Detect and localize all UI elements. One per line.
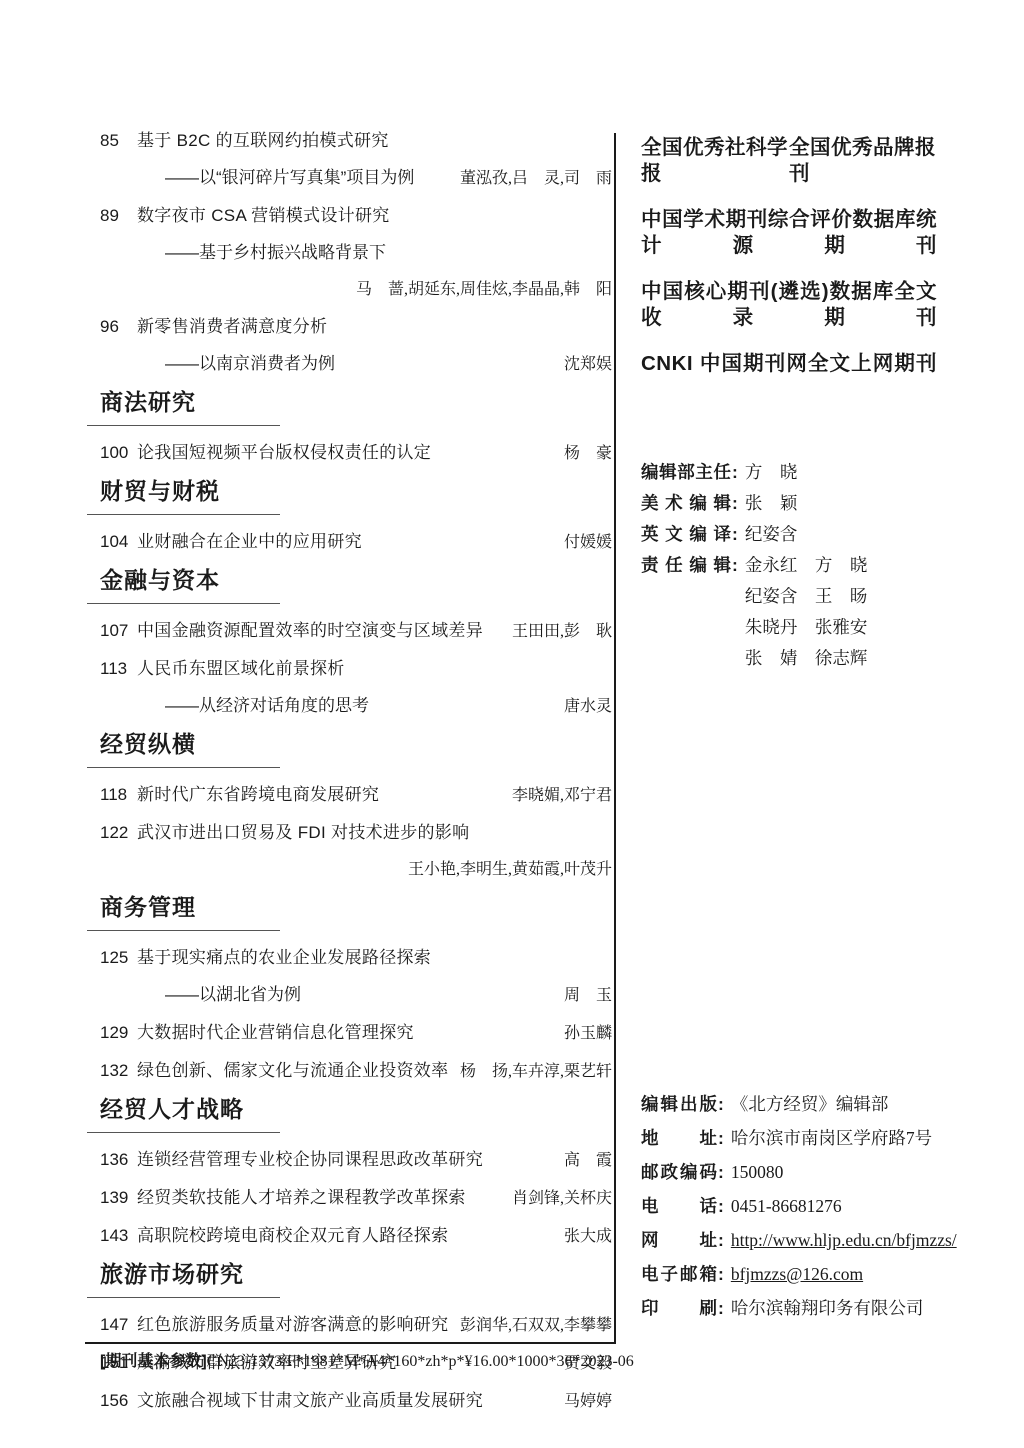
section-heading: 商务管理 [87, 894, 280, 931]
toc-authors: 董泓孜,吕 灵,司 雨 [460, 166, 612, 192]
publication-label: 地址 [641, 1121, 717, 1155]
staff-name: 纪姿含 王 旸 [745, 581, 868, 612]
toc-authors: 周 玉 [564, 983, 612, 1009]
staff-row: 编辑部主任:方 晓 [641, 457, 937, 488]
publication-row: 邮政编码:150080 [641, 1155, 971, 1189]
toc-entry-row: 89数字夜市 CSA 营销模式设计研究 [100, 203, 612, 229]
publication-row: 电话:0451-86681276 [641, 1189, 971, 1223]
publication-info-block: 编辑出版:《北方经贸》编辑部地址:哈尔滨市南岗区学府路7号邮政编码:150080… [641, 1087, 971, 1325]
staff-row: 美术编辑:张 颖 [641, 488, 937, 519]
publication-value: 《北方经贸》编辑部 [731, 1087, 889, 1121]
toc-entry-row: 113人民币东盟区域化前景探析 [100, 656, 612, 682]
toc-authors: 马婷婷 [564, 1389, 612, 1415]
toc-page-number: 107 [100, 618, 137, 644]
toc-subtitle-row: ——以湖北省为例周 玉 [100, 982, 612, 1009]
staff-role-label: 编辑部主任 [641, 457, 731, 488]
publication-value: 哈尔滨翰翔印务有限公司 [731, 1291, 924, 1325]
toc-page-number: 139 [100, 1185, 137, 1211]
toc-article-title: 连锁经营管理专业校企协同课程思政改革研究 [137, 1147, 554, 1173]
toc-authors-line: 王小艳,李明生,黄茹霞,叶茂升 [100, 857, 612, 883]
toc-authors: 杨 扬,车卉淳,栗艺轩 [460, 1059, 612, 1085]
publication-row: 印刷:哈尔滨翰翔印务有限公司 [641, 1291, 971, 1325]
toc-authors: 唐水灵 [564, 694, 612, 720]
toc-page-number: 122 [100, 820, 137, 846]
toc-entry-row: 143高职院校跨境电商校企双元育人路径探索张大成 [100, 1223, 612, 1250]
toc-subtitle-row: ——以南京消费者为例沈郑娱 [100, 351, 612, 378]
journal-params-label: [期刊基本参数] [100, 1353, 207, 1370]
section-heading: 旅游市场研究 [87, 1261, 280, 1298]
publication-colon: : [717, 1291, 731, 1325]
publication-colon: : [717, 1257, 731, 1291]
honor-row: 中国核心期刊(遴选)数据库全文收录期刊 [641, 279, 937, 331]
column-divider [614, 133, 616, 1342]
honor-row: CNKI 中国期刊网全文上网期刊 [641, 351, 937, 377]
toc-page-number: 136 [100, 1147, 137, 1173]
staff-name: 纪姿含 [745, 519, 798, 550]
staff-colon: : [731, 550, 745, 674]
publication-label: 网址 [641, 1223, 717, 1257]
toc-page-number: 132 [100, 1058, 137, 1084]
toc-article-title: 业财融合在企业中的应用研究 [137, 529, 554, 555]
publication-row: 网址:http://www.hljp.edu.cn/bfjmzzs/ [641, 1223, 971, 1257]
toc-authors: 沈郑娱 [564, 352, 612, 378]
publication-value: 0451-86681276 [731, 1189, 842, 1223]
publication-colon: : [717, 1155, 731, 1189]
toc-authors: 彭润华,石双双,李攀攀 [460, 1313, 612, 1339]
toc-article-title: 基于现实痛点的农业企业发展路径探索 [137, 945, 612, 971]
staff-name: 张 颖 [745, 488, 798, 519]
toc-page-number: 156 [100, 1388, 137, 1414]
toc-authors: 孙玉麟 [564, 1021, 612, 1047]
section-heading: 经贸人才战略 [87, 1096, 280, 1133]
publication-colon: : [717, 1223, 731, 1257]
toc-page-number: 85 [100, 128, 137, 154]
toc-page-number: 100 [100, 440, 137, 466]
toc-article-subtitle: ——以南京消费者为例 [165, 351, 554, 377]
section-heading: 金融与资本 [87, 567, 280, 604]
publication-value: 哈尔滨市南岗区学府路7号 [731, 1121, 932, 1155]
toc-entry-row: 96新零售消费者满意度分析 [100, 314, 612, 340]
toc-article-title: 中国金融资源配置效率的时空演变与区域差异 [137, 618, 502, 644]
toc-authors-line: 马 蔷,胡延东,周佳炫,李晶晶,韩 阳 [100, 277, 612, 303]
publication-colon: : [717, 1087, 731, 1121]
toc-page-number: 89 [100, 203, 137, 229]
journal-contents-page: 85基于 B2C 的互联网约拍模式研究——以“银河碎片写真集”项目为例董泓孜,吕… [0, 0, 1024, 1448]
staff-row: 英文编译:纪姿含 [641, 519, 937, 550]
publication-label: 邮政编码 [641, 1155, 717, 1189]
publication-row: 电子邮箱:bfjmzzs@126.com [641, 1257, 971, 1291]
toc-entry-row: 132绿色创新、儒家文化与流通企业投资效率杨 扬,车卉淳,栗艺轩 [100, 1058, 612, 1085]
publication-colon: : [717, 1121, 731, 1155]
publication-label: 编辑出版 [641, 1087, 717, 1121]
toc-page-number: 104 [100, 529, 137, 555]
toc-article-title: 论我国短视频平台版权侵权责任的认定 [137, 440, 554, 466]
journal-basic-params: [期刊基本参数]CN23-1373/F*1981*M*A4*160*zh*p*¥… [100, 1350, 616, 1374]
toc-article-title: 绿色创新、儒家文化与流通企业投资效率 [137, 1058, 450, 1084]
toc-subtitle-row: ——基于乡村振兴战略背景下 [100, 240, 612, 266]
toc-entry-row: 100论我国短视频平台版权侵权责任的认定杨 豪 [100, 440, 612, 467]
staff-name: 方 晓 [745, 457, 798, 488]
honor-row: 全国优秀社科学报全国优秀品牌报刊 [641, 135, 937, 187]
toc-article-subtitle: ——从经济对话角度的思考 [165, 693, 554, 719]
toc-entry-row: 122武汉市进出口贸易及 FDI 对技术进步的影响 [100, 820, 612, 846]
publication-label: 电子邮箱 [641, 1257, 717, 1291]
toc-authors: 肖剑锋,关杯庆 [512, 1186, 612, 1212]
toc-entry-row: 125基于现实痛点的农业企业发展路径探索 [100, 945, 612, 971]
staff-name: 金永红 方 晓 [745, 550, 868, 581]
staff-role-label: 美术编辑 [641, 488, 731, 519]
publication-row: 编辑出版:《北方经贸》编辑部 [641, 1087, 971, 1121]
toc-entry-row: 129大数据时代企业营销信息化管理探究孙玉麟 [100, 1020, 612, 1047]
staff-role-label: 英文编译 [641, 519, 731, 550]
staff-colon: : [731, 519, 745, 550]
publication-label: 电话 [641, 1189, 717, 1223]
publication-label: 印刷 [641, 1291, 717, 1325]
toc-page-number: 143 [100, 1223, 137, 1249]
toc-page-number: 129 [100, 1020, 137, 1046]
toc-article-title: 人民币东盟区域化前景探析 [137, 656, 612, 682]
info-column: 全国优秀社科学报全国优秀品牌报刊中国学术期刊综合评价数据库统计源期刊中国核心期刊… [641, 130, 937, 397]
toc-authors: 付媛媛 [564, 530, 612, 556]
toc-page-number: 118 [100, 782, 137, 808]
publication-row: 地址:哈尔滨市南岗区学府路7号 [641, 1121, 971, 1155]
toc-authors: 杨 豪 [564, 441, 612, 467]
staff-role-label: 责任编辑 [641, 550, 731, 674]
toc-authors: 张大成 [564, 1224, 612, 1250]
staff-names: 金永红 方 晓纪姿含 王 旸朱晓丹 张雅安张 婧 徐志辉 [745, 550, 868, 674]
toc-article-title: 数字夜市 CSA 营销模式设计研究 [137, 203, 612, 229]
editorial-staff-block: 编辑部主任:方 晓美术编辑:张 颖英文编译:纪姿含责任编辑:金永红 方 晓纪姿含… [641, 457, 937, 674]
footer-rule [85, 1342, 616, 1344]
staff-names: 张 颖 [745, 488, 798, 519]
staff-name: 朱晓丹 张雅安 [745, 612, 868, 643]
staff-name: 张 婧 徐志辉 [745, 643, 868, 674]
toc-entry-row: 139经贸类软技能人才培养之课程教学改革探索肖剑锋,关杯庆 [100, 1185, 612, 1212]
section-heading: 商法研究 [87, 389, 280, 426]
journal-params-value: CN23-1373/F*1981*M*A4*160*zh*p*¥16.00*10… [207, 1353, 634, 1370]
toc-article-title: 大数据时代企业营销信息化管理探究 [137, 1020, 554, 1046]
toc-page-number: 113 [100, 656, 137, 682]
toc-authors: 高 霞 [564, 1148, 612, 1174]
publication-colon: : [717, 1189, 731, 1223]
publication-link[interactable]: http://www.hljp.edu.cn/bfjmzzs/ [731, 1223, 957, 1257]
honor-item: 全国优秀品牌报刊 [789, 135, 937, 187]
publication-value: 150080 [731, 1155, 784, 1189]
staff-colon: : [731, 488, 745, 519]
toc-page-number: 147 [100, 1312, 137, 1338]
toc-article-title: 红色旅游服务质量对游客满意的影响研究 [137, 1312, 450, 1338]
honor-item: 全国优秀社科学报 [641, 135, 789, 187]
toc-article-subtitle: ——以“银河碎片写真集”项目为例 [165, 165, 450, 191]
toc-article-title: 基于 B2C 的互联网约拍模式研究 [137, 128, 612, 154]
publication-link[interactable]: bfjmzzs@126.com [731, 1257, 863, 1291]
toc-authors: 王田田,彭 耿 [512, 619, 612, 645]
toc-entry-row: 85基于 B2C 的互联网约拍模式研究 [100, 128, 612, 154]
toc-entry-row: 118新时代广东省跨境电商发展研究李晓媚,邓宁君 [100, 782, 612, 809]
section-heading: 财贸与财税 [87, 478, 280, 515]
toc-article-title: 文旅融合视域下甘肃文旅产业高质量发展研究 [137, 1388, 554, 1414]
toc-subtitle-row: ——从经济对话角度的思考唐水灵 [100, 693, 612, 720]
toc-entry-row: 107中国金融资源配置效率的时空演变与区域差异王田田,彭 耿 [100, 618, 612, 645]
toc-article-subtitle: ——以湖北省为例 [165, 982, 554, 1008]
staff-colon: : [731, 457, 745, 488]
toc-column: 85基于 B2C 的互联网约拍模式研究——以“银河碎片写真集”项目为例董泓孜,吕… [100, 128, 612, 1426]
staff-row: 责任编辑:金永红 方 晓纪姿含 王 旸朱晓丹 张雅安张 婧 徐志辉 [641, 550, 937, 674]
toc-page-number: 125 [100, 945, 137, 971]
toc-article-title: 高职院校跨境电商校企双元育人路径探索 [137, 1223, 554, 1249]
journal-honors-list: 全国优秀社科学报全国优秀品牌报刊中国学术期刊综合评价数据库统计源期刊中国核心期刊… [641, 135, 937, 377]
staff-names: 方 晓 [745, 457, 798, 488]
toc-article-title: 经贸类软技能人才培养之课程教学改革探索 [137, 1185, 502, 1211]
toc-entry-row: 136连锁经营管理专业校企协同课程思政改革研究高 霞 [100, 1147, 612, 1174]
toc-entry-row: 156文旅融合视域下甘肃文旅产业高质量发展研究马婷婷 [100, 1388, 612, 1415]
toc-article-title: 新零售消费者满意度分析 [137, 314, 612, 340]
toc-subtitle-row: ——以“银河碎片写真集”项目为例董泓孜,吕 灵,司 雨 [100, 165, 612, 192]
section-heading: 经贸纵横 [87, 731, 280, 768]
toc-authors: 李晓媚,邓宁君 [512, 783, 612, 809]
honor-row: 中国学术期刊综合评价数据库统计源期刊 [641, 207, 937, 259]
toc-article-title: 新时代广东省跨境电商发展研究 [137, 782, 502, 808]
toc-article-subtitle: ——基于乡村振兴战略背景下 [165, 240, 612, 266]
toc-page-number: 96 [100, 314, 137, 340]
staff-names: 纪姿含 [745, 519, 798, 550]
toc-entry-row: 104业财融合在企业中的应用研究付媛媛 [100, 529, 612, 556]
toc-article-title: 武汉市进出口贸易及 FDI 对技术进步的影响 [137, 820, 612, 846]
toc-entry-row: 147红色旅游服务质量对游客满意的影响研究彭润华,石双双,李攀攀 [100, 1312, 612, 1339]
